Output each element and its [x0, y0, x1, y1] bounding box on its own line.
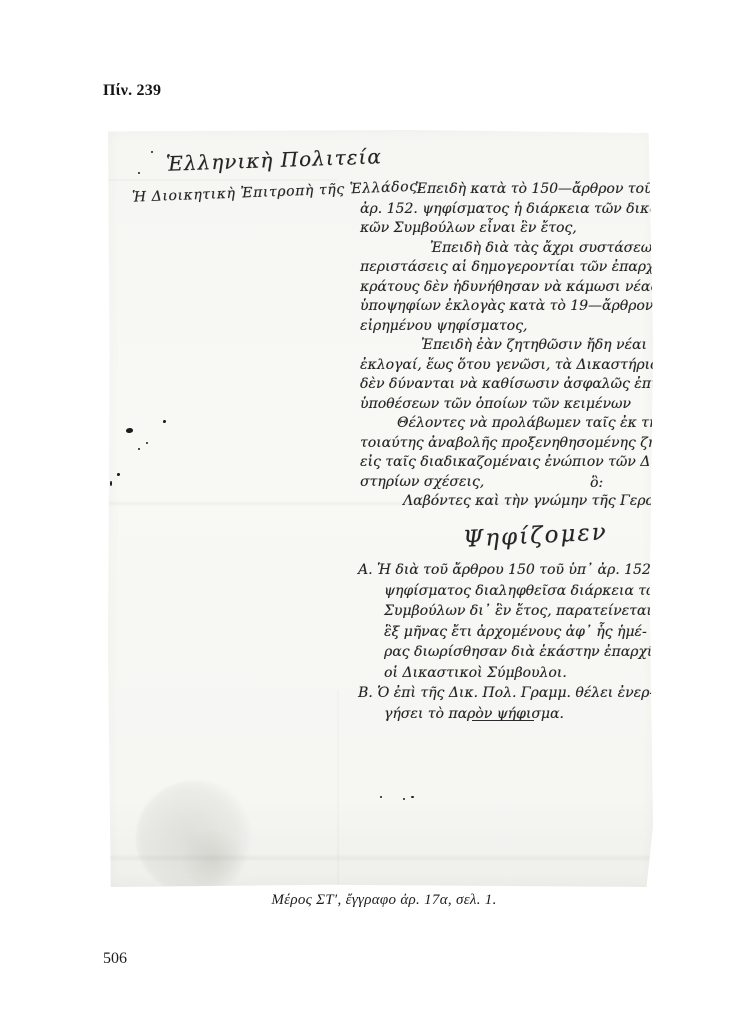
manuscript-closing-rule: [472, 720, 534, 721]
manuscript-line: δὲν δύνανται νὰ καθίσωσιν ἀσφαλῶς ἐπὶ τῶ…: [360, 375, 648, 395]
manuscript-item-a-line: Συμβούλων δι᾽ ἓν ἔτος, παρατείνεται ἐπὶ: [358, 601, 653, 622]
ink-blot: [117, 473, 120, 476]
manuscript-line: τοιαύτης ἀναβολῆς προξενηθησομένης ζημία…: [360, 434, 648, 454]
manuscript-item-a-line: ψηφίσματος διαληφθεῖσα διάρκεια τῶν: [358, 581, 653, 602]
manuscript-line: ὑποψηφίων ἐκλογὰς κατὰ τὸ 19—ἄρθρον τοῦ: [360, 297, 648, 317]
ink-blot: [411, 796, 414, 798]
manuscript-line: εἰς ταῖς διαδικαζομέναις ἐνώπιον τῶν Δικ…: [360, 453, 648, 473]
ink-blot: [163, 420, 166, 423]
manuscript-item-a-line: ἓξ μῆνας ἔτι ἀρχομένους ἀφ᾽ ἧς ἡμέ-: [358, 622, 653, 643]
manuscript-decree-items: Α. Ἡ διὰ τοῦ ἄρθρου 150 τοῦ ὑπ᾽ ἀρ. 152 …: [358, 560, 653, 724]
ink-blot: [138, 172, 140, 174]
manuscript-item-a-line: Α. Ἡ διὰ τοῦ ἄρθρου 150 τοῦ ὑπ᾽ ἀρ. 152: [358, 560, 653, 581]
plate-label: Πίν. 239: [103, 82, 161, 100]
manuscript-item-a-line: ρας διωρίσθησαν διὰ ἑκάστην ἐπαρχίαν: [358, 642, 653, 663]
manuscript-line: ἀρ. 152. ψηφίσματος ἡ διάρκεια τῶν δικασ…: [360, 200, 648, 220]
manuscript-decree-heading: Ψηφίζομεν: [462, 519, 608, 553]
paper-crease: [108, 856, 653, 860]
manuscript-scan: Ἑλληνικὴ Πολιτεία Ἡ Διοικητικὴ Ἐπιτροπὴ …: [108, 130, 653, 887]
ink-blot: [138, 448, 140, 450]
manuscript-line: Ἐπειδὴ κατὰ τὸ 150—ἄρθρον τοῦ ὑπ᾽: [360, 180, 648, 200]
paper-crease: [108, 179, 337, 181]
ink-blot: [110, 481, 112, 486]
manuscript-line: εἰρημένου ψηφίσματος,: [360, 317, 648, 337]
manuscript-line: στηρίων σχέσεις,: [360, 473, 648, 493]
manuscript-line: ἐκλογαί, ἕως ὅτου γενῶσι, τὰ Δικαστήρια: [360, 356, 648, 376]
paper-stain: [178, 830, 248, 890]
manuscript-line: Ἐπειδὴ διὰ τὰς ἄχρι συστάσεως: [360, 239, 648, 259]
ink-blot: [146, 442, 148, 444]
manuscript-line: περιστάσεις αἱ δημογεροντίαι τῶν ἐπαρχιῶ…: [360, 258, 648, 278]
manuscript-item-a-line: οἱ Δικαστικοὶ Σύμβουλοι.: [358, 663, 653, 684]
figure-caption: Μέρος ΣΤ′, ἔγγραφο ἀρ. 17α, σελ. 1.: [108, 892, 660, 909]
manuscript-item-b-line: Β. Ὁ ἐπὶ τῆς Δικ. Πολ. Γραμμ. θέλει ἐνερ…: [358, 683, 653, 704]
manuscript-marginal-mark: ὃ:: [590, 475, 603, 491]
ink-blot: [151, 151, 153, 153]
ink-blot: [126, 428, 133, 433]
manuscript-line: Ἐπειδὴ ἐὰν ζητηθῶσιν ἤδη νέαι: [360, 336, 648, 356]
page-number: 506: [103, 950, 127, 968]
manuscript-line: Θέλοντες νὰ προλάβωμεν ταῖς ἐκ τῆς: [360, 414, 648, 434]
manuscript-body: Ἐπειδὴ κατὰ τὸ 150—ἄρθρον τοῦ ὑπ᾽ ἀρ. 15…: [360, 180, 648, 512]
paper-crease: [108, 502, 653, 505]
manuscript-line: ὑποθέσεων τῶν ὁποίων τῶν κειμένων: [360, 395, 648, 415]
manuscript-line: κῶν Συμβούλων εἶναι ἓν ἔτος,: [360, 219, 648, 239]
paper-crease: [337, 690, 339, 887]
manuscript-line: κράτους δὲν ἠδυνήθησαν νὰ κάμωσι νέας: [360, 278, 648, 298]
ink-blot: [403, 798, 405, 800]
ink-blot: [380, 796, 382, 798]
manuscript-heading-state: Ἑλληνικὴ Πολιτεία: [166, 144, 382, 176]
